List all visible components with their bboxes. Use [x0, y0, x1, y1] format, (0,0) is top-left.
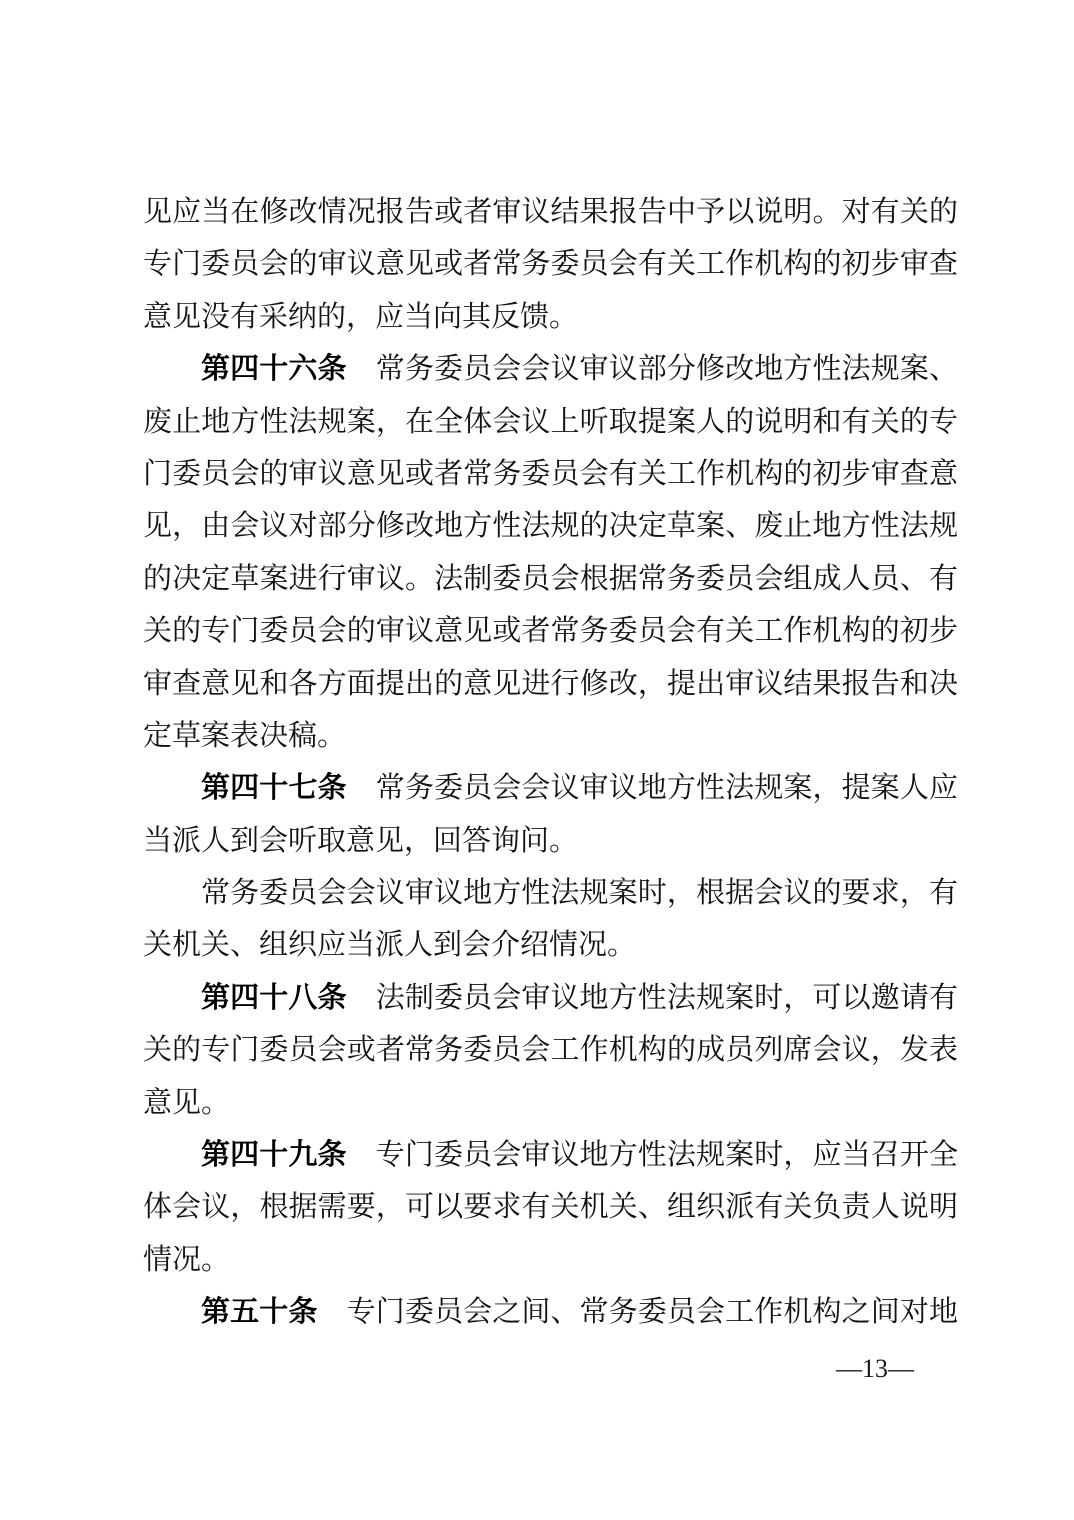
body-text: 门委员会的审议意见或者常务委员会有关工作机构的初步审查意 [143, 458, 958, 490]
text-line: 见，由会议对部分修改地方性法规的决定草案、废止地方性法规 [143, 500, 958, 552]
article-number: 第四十八条 [201, 982, 347, 1014]
text-line: 常务委员会会议审议地方性法规案时，根据会议的要求，有 [143, 867, 958, 919]
article-number: 第五十条 [201, 1296, 317, 1328]
body-text: 常务委员会会议审议地方性法规案，提案人应 [347, 772, 958, 804]
body-text: 废止地方性法规案，在全体会议上听取提案人的说明和有关的专 [143, 406, 958, 438]
article-number: 第四十六条 [201, 353, 347, 385]
document-page: 见应当在修改情况报告或者审议结果报告中予以说明。对有关的 专门委员会的审议意见或… [0, 0, 1074, 1520]
article-48-heading-line: 第四十八条 法制委员会审议地方性法规案时，可以邀请有 [143, 972, 958, 1024]
body-text: 专门委员会的审议意见或者常务委员会有关工作机构的初步审查 [143, 248, 958, 280]
body-text: 审查意见和各方面提出的意见进行修改，提出审议结果报告和决 [143, 668, 958, 700]
body-text: 情况。 [143, 1244, 230, 1276]
body-text: 常务委员会会议审议地方性法规案时，根据会议的要求，有 [201, 877, 958, 909]
body-text: 专门委员会审议地方性法规案时，应当召开全 [347, 1139, 958, 1171]
text-line: 情况。 [143, 1234, 958, 1286]
body-text: 意见没有采纳的，应当向其反馈。 [143, 301, 578, 333]
text-line: 废止地方性法规案，在全体会议上听取提案人的说明和有关的专 [143, 396, 958, 448]
text-line: 审查意见和各方面提出的意见进行修改，提出审议结果报告和决 [143, 658, 958, 710]
article-47-heading-line: 第四十七条 常务委员会会议审议地方性法规案，提案人应 [143, 762, 958, 814]
article-number: 第四十九条 [201, 1139, 347, 1171]
body-text: 意见。 [143, 1087, 230, 1119]
article-49-heading-line: 第四十九条 专门委员会审议地方性法规案时，应当召开全 [143, 1129, 958, 1181]
text-line: 关的专门委员会的审议意见或者常务委员会有关工作机构的初步 [143, 605, 958, 657]
body-text: 的决定草案进行审议。法制委员会根据常务委员会组成人员、有 [143, 563, 958, 595]
text-line: 专门委员会的审议意见或者常务委员会有关工作机构的初步审查 [143, 238, 958, 290]
body-text: 法制委员会审议地方性法规案时，可以邀请有 [347, 982, 958, 1014]
text-line: 定草案表决稿。 [143, 710, 958, 762]
text-line: 意见。 [143, 1077, 958, 1129]
text-line: 意见没有采纳的，应当向其反馈。 [143, 291, 958, 343]
body-text: 当派人到会听取意见，回答询问。 [143, 825, 578, 857]
article-number: 第四十七条 [201, 772, 347, 804]
body-text: 关机关、组织应当派人到会介绍情况。 [143, 929, 636, 961]
text-line: 当派人到会听取意见，回答询问。 [143, 815, 958, 867]
article-46-heading-line: 第四十六条 常务委员会会议审议部分修改地方性法规案、 [143, 343, 958, 395]
text-line: 关机关、组织应当派人到会介绍情况。 [143, 919, 958, 971]
body-text: 见应当在修改情况报告或者审议结果报告中予以说明。对有关的 [143, 196, 958, 228]
text-line: 体会议，根据需要，可以要求有关机关、组织派有关负责人说明 [143, 1181, 958, 1233]
body-text: 常务委员会会议审议部分修改地方性法规案、 [347, 353, 958, 385]
page-number: —13— [143, 1352, 958, 1386]
text-line: 见应当在修改情况报告或者审议结果报告中予以说明。对有关的 [143, 186, 958, 238]
body-text: 关的专门委员会或者常务委员会工作机构的成员列席会议，发表 [143, 1034, 958, 1066]
text-line: 门委员会的审议意见或者常务委员会有关工作机构的初步审查意 [143, 448, 958, 500]
article-50-heading-line: 第五十条 专门委员会之间、常务委员会工作机构之间对地 [143, 1286, 958, 1338]
text-line: 关的专门委员会或者常务委员会工作机构的成员列席会议，发表 [143, 1024, 958, 1076]
text-line: 的决定草案进行审议。法制委员会根据常务委员会组成人员、有 [143, 553, 958, 605]
body-text: 专门委员会之间、常务委员会工作机构之间对地 [317, 1296, 958, 1328]
body-text: 定草案表决稿。 [143, 720, 346, 752]
body-text: 体会议，根据需要，可以要求有关机关、组织派有关负责人说明 [143, 1191, 958, 1223]
body-text: 见，由会议对部分修改地方性法规的决定草案、废止地方性法规 [143, 510, 958, 542]
document-body: 见应当在修改情况报告或者审议结果报告中予以说明。对有关的 专门委员会的审议意见或… [143, 186, 958, 1339]
body-text: 关的专门委员会的审议意见或者常务委员会有关工作机构的初步 [143, 615, 958, 647]
